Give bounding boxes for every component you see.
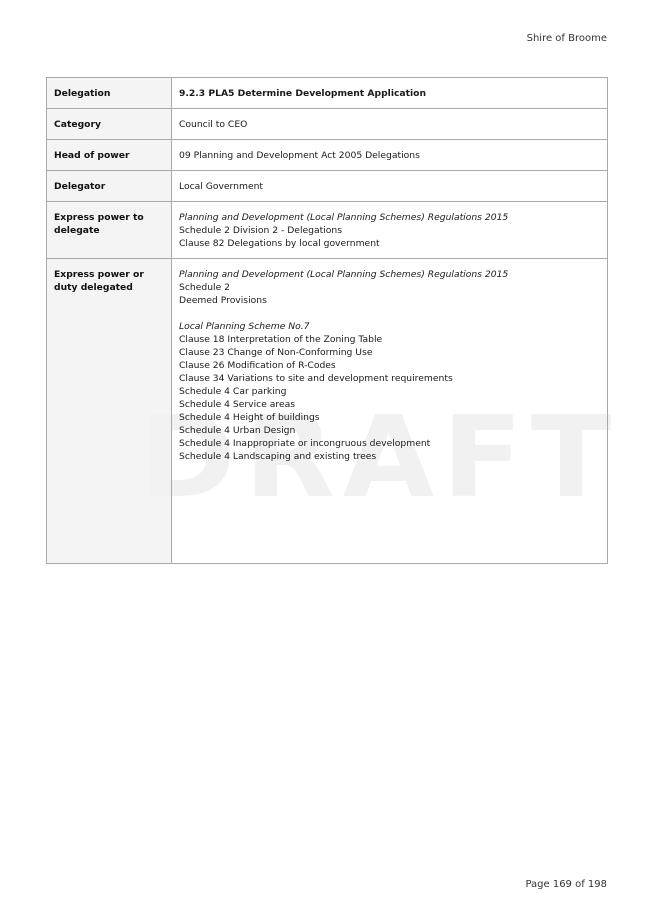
value-line: 09 Planning and Development Act 2005 Del… — [179, 149, 600, 162]
row-label: Category — [47, 109, 172, 140]
value-line: Schedule 4 Urban Design — [179, 424, 600, 437]
value-line: Clause 34 Variations to site and develop… — [179, 372, 600, 385]
value-line: Schedule 4 Landscaping and existing tree… — [179, 450, 600, 463]
table-row-delegation: Delegation9.2.3 PLA5 Determine Developme… — [47, 78, 608, 109]
row-label: Delegation — [47, 78, 172, 109]
table-row-head-of-power: Head of power09 Planning and Development… — [47, 140, 608, 171]
page-number: Page 169 of 198 — [525, 879, 607, 890]
spacer — [179, 307, 600, 320]
table-row-category: CategoryCouncil to CEO — [47, 109, 608, 140]
value-line: Clause 82 Delegations by local governmen… — [179, 237, 600, 250]
value-line: Schedule 4 Car parking — [179, 385, 600, 398]
row-value: Planning and Development (Local Planning… — [172, 259, 608, 564]
value-line: Planning and Development (Local Planning… — [179, 211, 600, 224]
value-line: Schedule 2 Division 2 - Delegations — [179, 224, 600, 237]
value-line: Local Government — [179, 180, 600, 193]
value-line: Local Planning Scheme No.7 — [179, 320, 600, 333]
header-organization: Shire of Broome — [527, 33, 607, 44]
value-line: 9.2.3 PLA5 Determine Development Applica… — [179, 87, 600, 100]
value-line: Clause 26 Modification of R-Codes — [179, 359, 600, 372]
row-value: Council to CEO — [172, 109, 608, 140]
table-row-delegator: DelegatorLocal Government — [47, 171, 608, 202]
row-label: Head of power — [47, 140, 172, 171]
table-row-express-power-or-duty-delegated: Express power or duty delegatedPlanning … — [47, 259, 608, 564]
table-row-express-power-to-delegate: Express power to delegatePlanning and De… — [47, 202, 608, 259]
row-label: Delegator — [47, 171, 172, 202]
delegation-table: Delegation9.2.3 PLA5 Determine Developme… — [46, 77, 608, 564]
row-value: 09 Planning and Development Act 2005 Del… — [172, 140, 608, 171]
row-value: Planning and Development (Local Planning… — [172, 202, 608, 259]
value-line: Clause 23 Change of Non-Conforming Use — [179, 346, 600, 359]
row-label: Express power to delegate — [47, 202, 172, 259]
value-line: Schedule 4 Service areas — [179, 398, 600, 411]
value-line: Council to CEO — [179, 118, 600, 131]
value-line: Schedule 4 Inappropriate or incongruous … — [179, 437, 600, 450]
value-line: Schedule 2 — [179, 281, 600, 294]
value-line: Clause 18 Interpretation of the Zoning T… — [179, 333, 600, 346]
row-label: Express power or duty delegated — [47, 259, 172, 564]
value-line: Schedule 4 Height of buildings — [179, 411, 600, 424]
value-line: Planning and Development (Local Planning… — [179, 268, 600, 281]
row-value: Local Government — [172, 171, 608, 202]
row-value: 9.2.3 PLA5 Determine Development Applica… — [172, 78, 608, 109]
value-line: Deemed Provisions — [179, 294, 600, 307]
